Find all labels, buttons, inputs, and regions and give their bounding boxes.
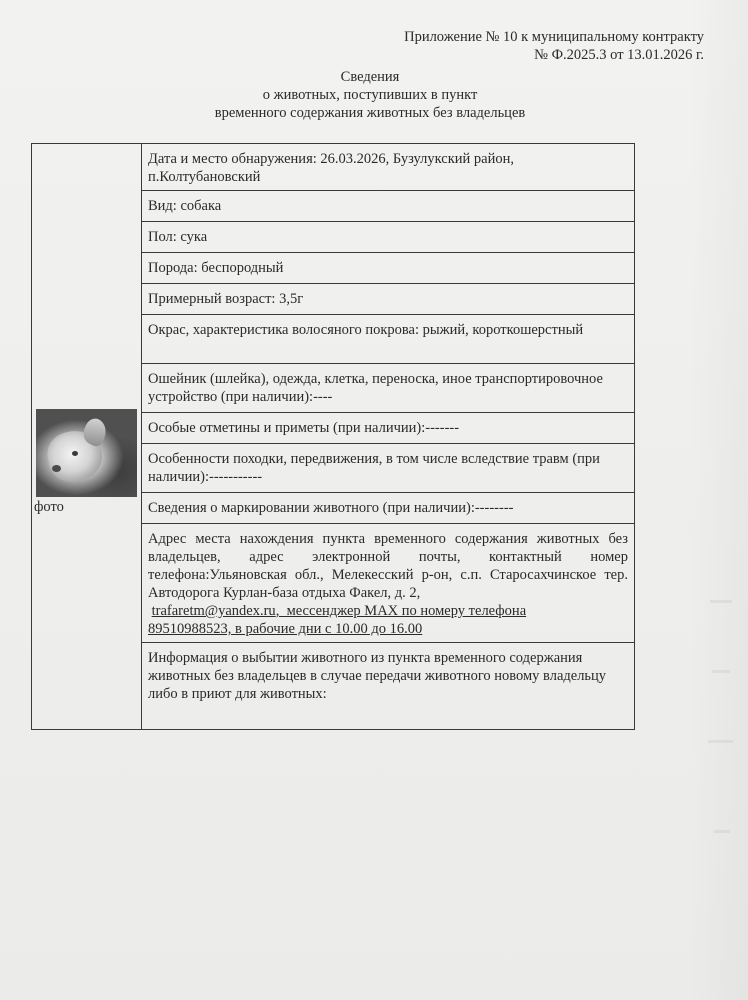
address-contacts: trafaretm@yandex.ru, мессенджер MAX по н…	[148, 602, 628, 620]
document-title: Сведения о животных, поступивших в пункт…	[180, 68, 560, 122]
animal-info-table: фото Дата и место обнаружения: 26.03.202…	[31, 143, 635, 730]
row-departure: Информация о выбытии животного из пункта…	[142, 643, 635, 730]
messenger-text: мессенджер MAX по номеру телефона	[287, 603, 527, 619]
appendix-line-2: № Ф.2025.3 от 13.01.2026 г.	[404, 46, 704, 64]
row-gait: Особенности походки, передвижения, в том…	[142, 444, 635, 493]
row-marks: Особые отметины и приметы (при наличии):…	[142, 413, 635, 444]
photo-label: фото	[34, 498, 64, 516]
row-sex: Пол: сука	[142, 222, 635, 253]
row-marking: Сведения о маркировании животного (при н…	[142, 493, 635, 524]
row-address: Адрес места нахождения пункта временного…	[142, 524, 635, 643]
dog-eye-shape	[72, 451, 78, 456]
appendix-line-1: Приложение № 10 к муниципальному контрак…	[404, 28, 704, 46]
phone-hours: 89510988523, в рабочие дни с 10.00 до 16…	[148, 620, 628, 638]
row-breed: Порода: беспородный	[142, 253, 635, 284]
row-collar: Ошейник (шлейка), одежда, клетка, перено…	[142, 364, 635, 413]
address-text: Адрес места нахождения пункта временного…	[148, 530, 628, 602]
title-line-1: Сведения	[180, 68, 560, 86]
row-color: Окрас, характеристика волосяного покрова…	[142, 315, 635, 364]
row-found: Дата и место обнаружения: 26.03.2026, Бу…	[142, 144, 635, 191]
bleed-through-marks	[700, 580, 740, 880]
email-link[interactable]: trafaretm@yandex.ru	[152, 603, 276, 619]
title-line-2: о животных, поступивших в пункт	[180, 86, 560, 104]
photo-cell: фото	[32, 144, 142, 730]
dog-nose-shape	[52, 465, 61, 472]
dog-photo-icon	[36, 409, 137, 497]
title-line-3: временного содержания животных без владе…	[180, 104, 560, 122]
appendix-header: Приложение № 10 к муниципальному контрак…	[404, 28, 704, 64]
row-species: Вид: собака	[142, 191, 635, 222]
row-age: Примерный возраст: 3,5г	[142, 284, 635, 315]
